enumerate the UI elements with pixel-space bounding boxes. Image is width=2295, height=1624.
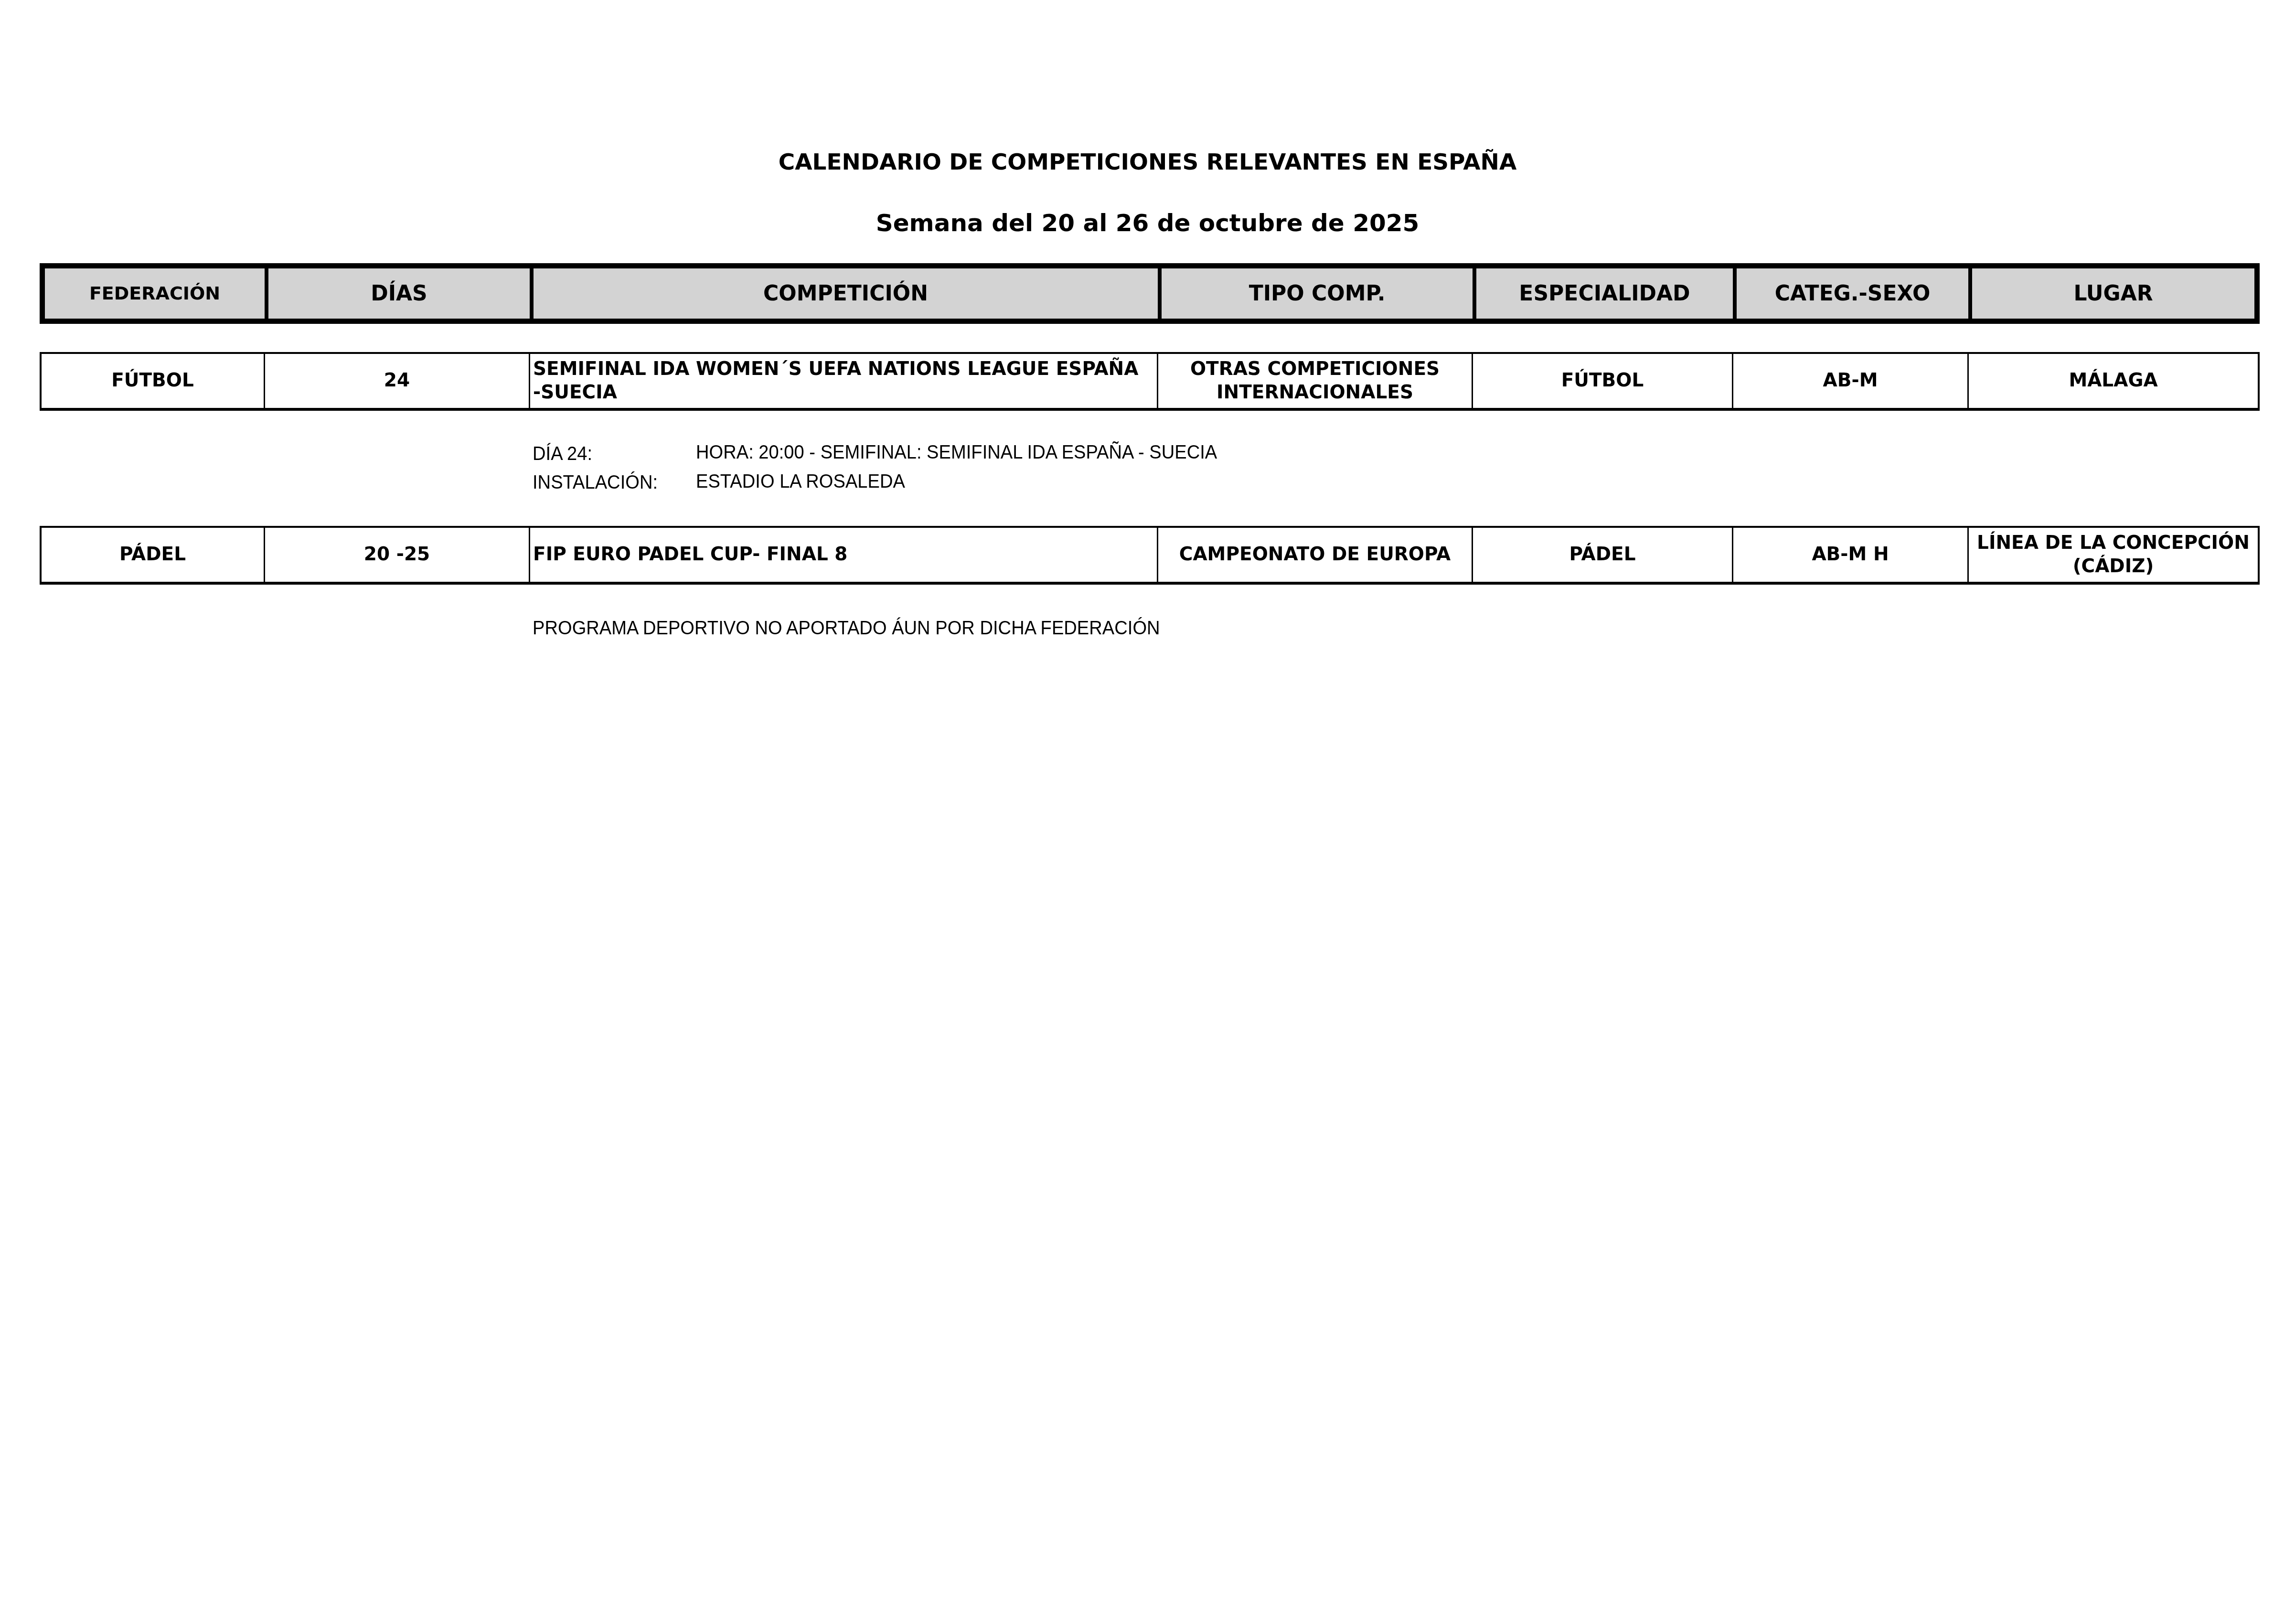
column-header-categ-sexo: CATEG.-SEXO: [1737, 268, 1972, 319]
program-note: PROGRAMA DEPORTIVO NO APORTADO ÁUN POR D…: [533, 617, 1160, 639]
cell-tipo: OTRAS COMPETICIONES INTERNACIONALES: [1158, 354, 1473, 408]
cell-competicion: SEMIFINAL IDA WOMEN´S UEFA NATIONS LEAGU…: [530, 354, 1158, 408]
cell-especialidad: FÚTBOL: [1473, 354, 1733, 408]
document-title: CALENDARIO DE COMPETICIONES RELEVANTES E…: [0, 149, 2295, 175]
cell-categ-sexo: AB-M: [1733, 354, 1969, 408]
cell-dias: 20 -25: [265, 528, 530, 582]
cell-federacion: FÚTBOL: [42, 354, 265, 408]
cell-lugar: LÍNEA DE LA CONCEPCIÓN (CÁDIZ): [1969, 528, 2258, 582]
column-header-tipo: TIPO COMP.: [1162, 268, 1476, 319]
cell-categ-sexo: AB-M H: [1733, 528, 1969, 582]
table-header: FEDERACIÓN DÍAS COMPETICIÓN TIPO COMP. E…: [40, 263, 2260, 324]
table-row: FÚTBOL 24 SEMIFINAL IDA WOMEN´S UEFA NAT…: [40, 352, 2260, 411]
table-row: PÁDEL 20 -25 FIP EURO PADEL CUP- FINAL 8…: [40, 526, 2260, 585]
cell-dias: 24: [265, 354, 530, 408]
detail-label-venue: INSTALACIÓN:: [533, 471, 658, 493]
cell-lugar: MÁLAGA: [1969, 354, 2258, 408]
document-subtitle: Semana del 20 al 26 de octubre de 2025: [0, 209, 2295, 237]
detail-value-day: HORA: 20:00 - SEMIFINAL: SEMIFINAL IDA E…: [696, 441, 1217, 463]
detail-label-day: DÍA 24:: [533, 442, 592, 465]
cell-tipo: CAMPEONATO DE EUROPA: [1158, 528, 1473, 582]
column-header-lugar: LUGAR: [1972, 268, 2254, 319]
detail-value-venue: ESTADIO LA ROSALEDA: [696, 470, 905, 492]
column-header-federacion: FEDERACIÓN: [45, 268, 268, 319]
column-header-especialidad: ESPECIALIDAD: [1476, 268, 1737, 319]
column-header-dias: DÍAS: [268, 268, 534, 319]
cell-competicion: FIP EURO PADEL CUP- FINAL 8: [530, 528, 1158, 582]
column-header-competicion: COMPETICIÓN: [534, 268, 1162, 319]
cell-federacion: PÁDEL: [42, 528, 265, 582]
cell-especialidad: PÁDEL: [1473, 528, 1733, 582]
